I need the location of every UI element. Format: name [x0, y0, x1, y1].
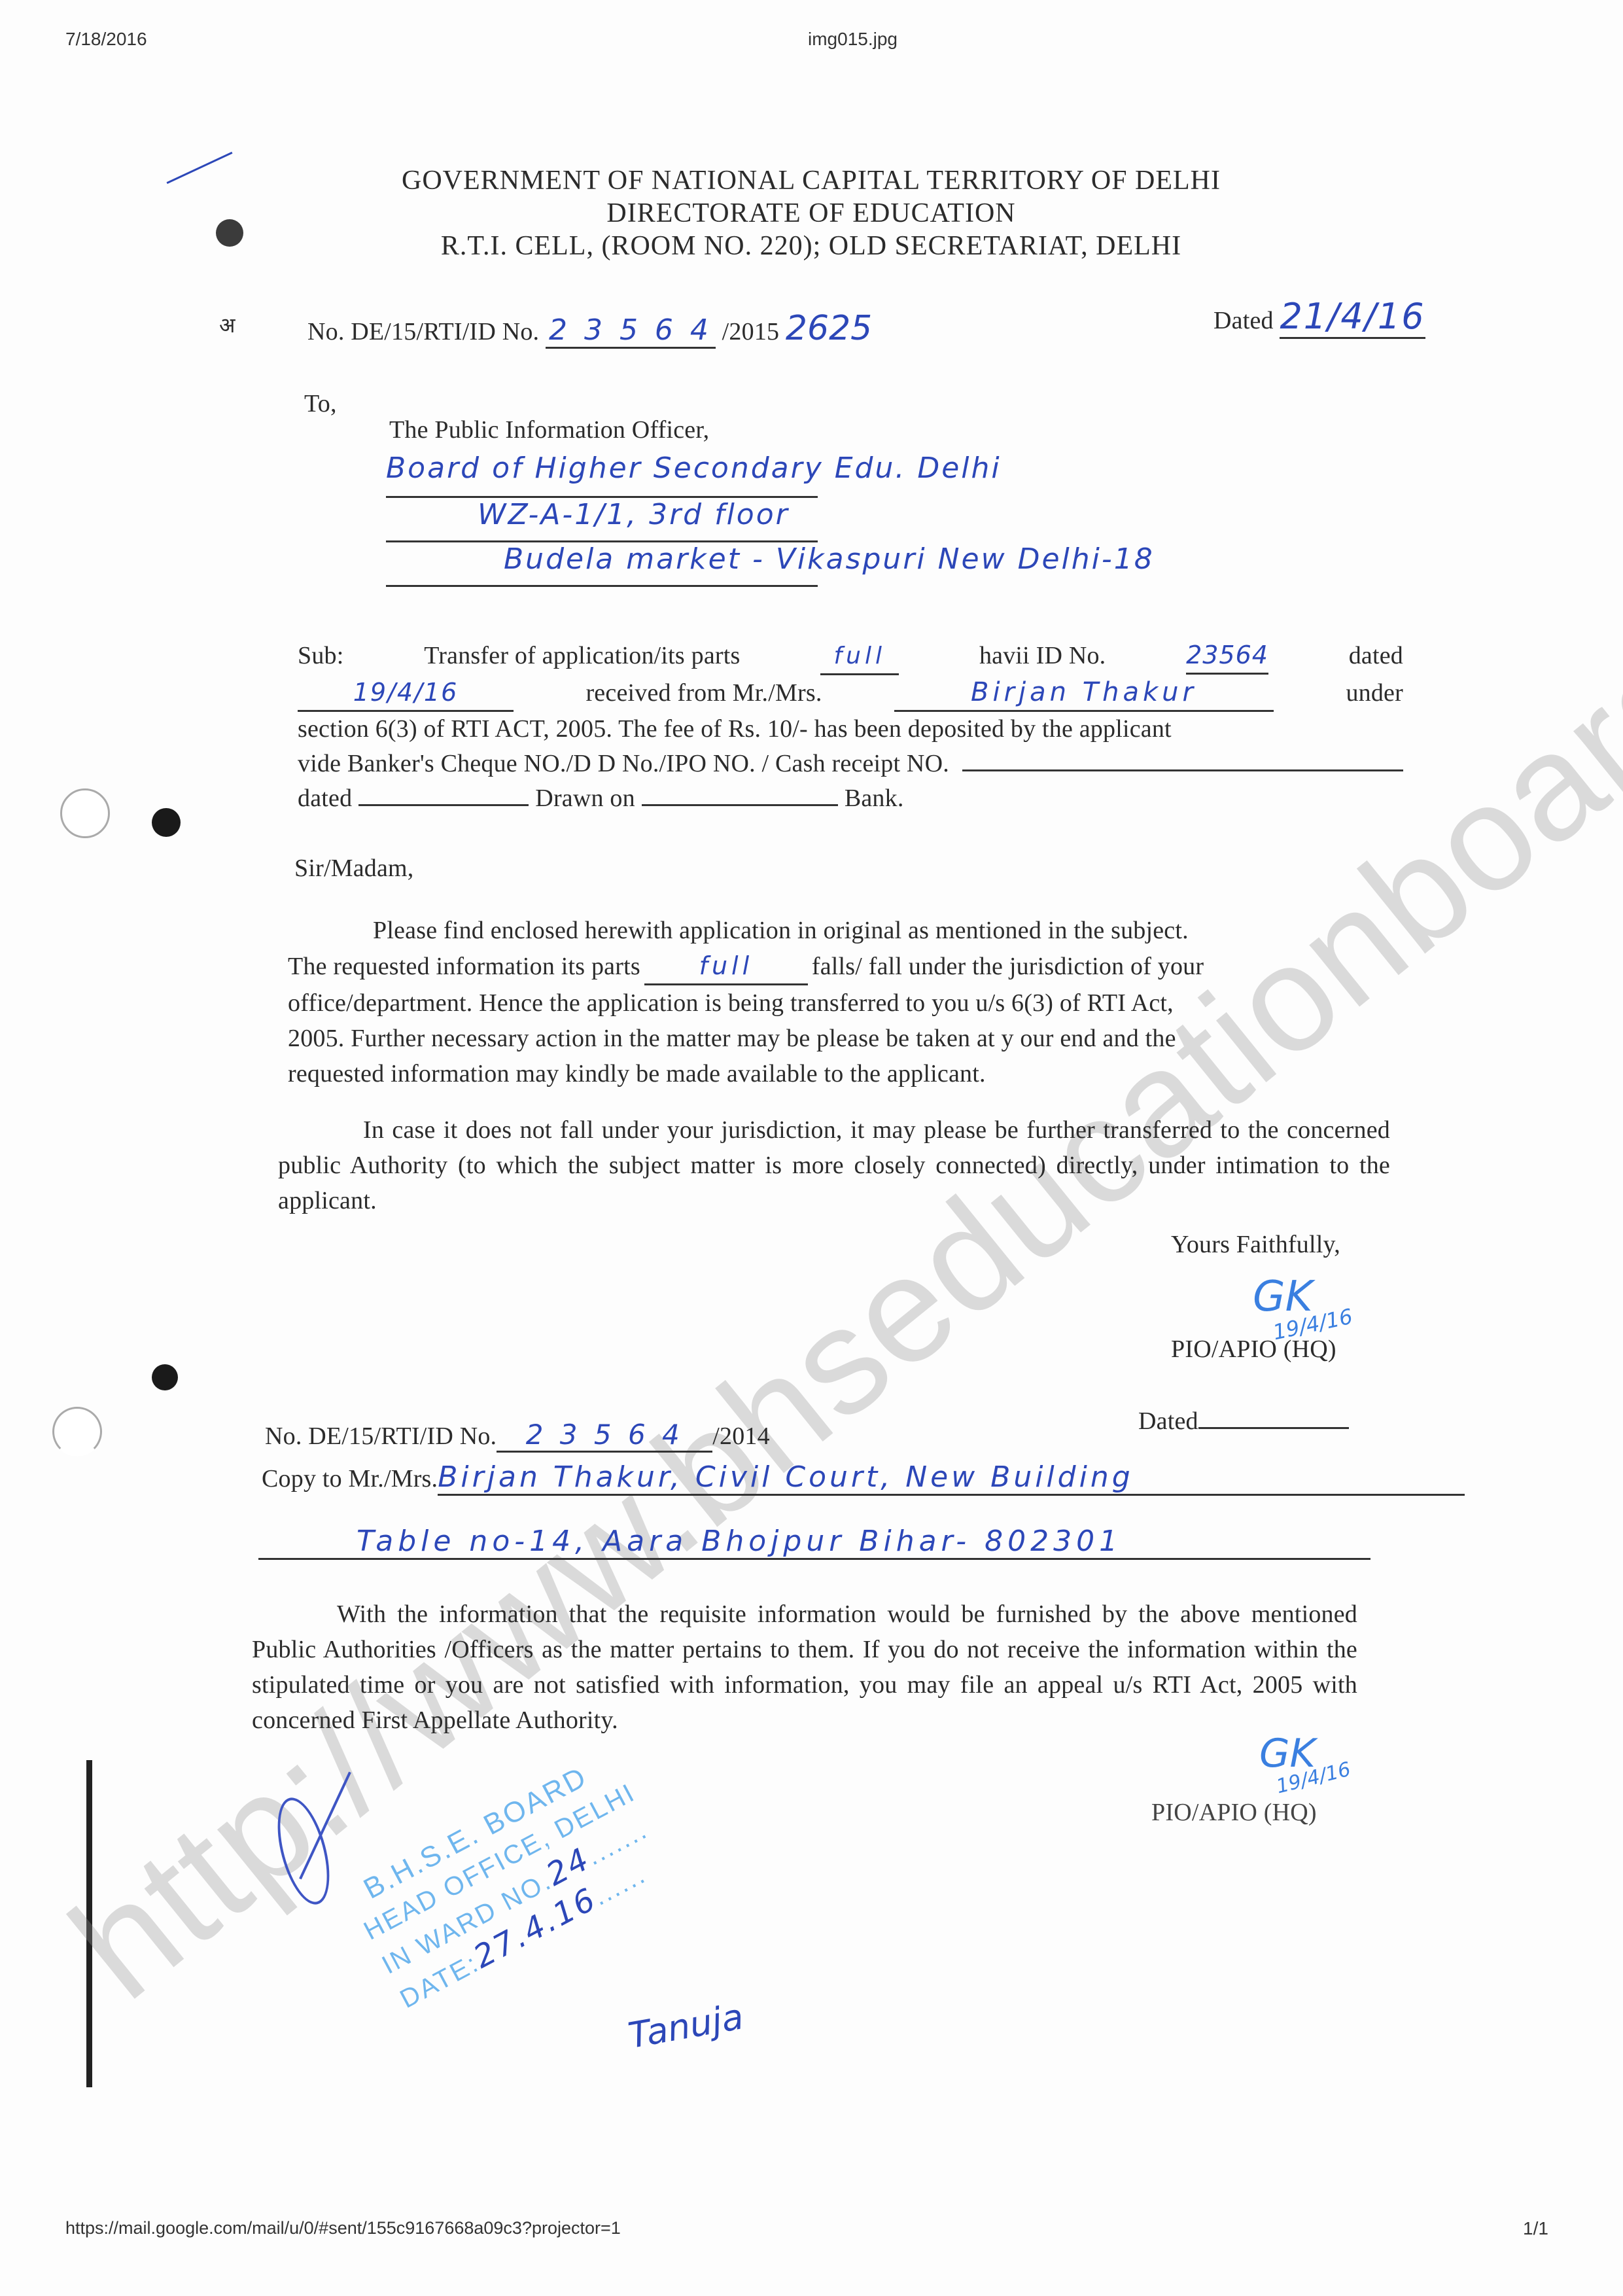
address-line: Budela market - Vikaspuri New Delhi-18	[386, 542, 818, 587]
punch-hole	[52, 1407, 102, 1457]
punch-mark	[216, 219, 243, 247]
copy-paragraph: With the information that the requisite …	[252, 1597, 1357, 1738]
copy-designation: PIO/APIO (HQ)	[1151, 1798, 1317, 1827]
subject-parts: full	[820, 639, 899, 675]
subject-line3: section 6(3) of RTI ACT, 2005. The fee o…	[298, 712, 1403, 747]
copy-reference-year: /2014	[712, 1422, 770, 1450]
applicant-name: Birjan Thakur	[894, 675, 1274, 712]
subject-text: havii ID No.	[979, 639, 1106, 673]
to-label: To,	[304, 389, 337, 418]
copy-reference-id: 2 3 5 6 4	[497, 1419, 712, 1453]
initials-scribble	[268, 1792, 339, 1910]
dated-blank	[358, 804, 529, 806]
letterhead-line2: DIRECTORATE OF EDUCATION	[321, 198, 1302, 229]
reference-id: 2 3 5 6 4	[546, 313, 716, 349]
letterhead-line3: R.T.I. CELL, (ROOM NO. 220); OLD SECRETA…	[321, 230, 1302, 262]
copy-reference-line: No. DE/15/RTI/ID No.2 3 5 6 4/2014	[265, 1419, 770, 1453]
copy-dated-field: Dated	[1138, 1407, 1349, 1436]
drawn-on-label: Drawn on	[535, 781, 635, 816]
punch-mark	[152, 808, 181, 837]
page-number: 1/1	[1523, 2218, 1548, 2239]
reference-year: /2015	[722, 318, 780, 345]
body-line: Please find enclosed herewith applicatio…	[288, 913, 1400, 948]
receiver-signature: Tanuja	[625, 1996, 746, 2057]
bank-blank	[642, 804, 838, 806]
receipt-no-blank	[962, 769, 1403, 771]
body-paragraph-2: In case it does not fall under your juri…	[278, 1112, 1390, 1218]
copy-dated-label: Dated	[1138, 1407, 1198, 1435]
subject-text: Transfer of application/its parts	[424, 639, 740, 673]
copy-address-line1: Birjan Thakur, Civil Court, New Building	[438, 1460, 1465, 1496]
copy-dated-blank	[1198, 1427, 1349, 1429]
dated-label: Dated	[1213, 307, 1274, 334]
closing-designation: PIO/APIO (HQ)	[1171, 1335, 1336, 1364]
subject-line4: vide Banker's Cheque NO./D D No./IPO NO.…	[298, 747, 949, 781]
subject-text: under	[1346, 676, 1403, 711]
dated-blank-label: dated	[298, 781, 352, 816]
dispatch-number: 2625	[786, 309, 872, 348]
hindi-mark: अ	[219, 311, 236, 339]
print-url: https://mail.google.com/mail/u/0/#sent/1…	[65, 2218, 621, 2238]
body-paragraph-1: Please find enclosed herewith applicatio…	[288, 913, 1400, 1091]
copy-address-line2: Table no-14, Aara Bhojpur Bihar- 802301	[258, 1525, 1370, 1560]
body-line: 2005. Further necessary action in the ma…	[288, 1021, 1400, 1056]
reference-label: No. DE/15/RTI/ID No.	[307, 318, 539, 345]
address-line: WZ-A-1/1, 3rd floor	[386, 498, 818, 542]
print-date: 7/18/2016	[65, 29, 147, 50]
address-line: Board of Higher Secondary Edu. Delhi	[386, 451, 818, 498]
body-line: requested information may kindly be made…	[288, 1056, 1400, 1091]
dated-field: Dated 21/4/16	[1213, 296, 1425, 339]
dated-value: 21/4/16	[1280, 296, 1425, 339]
subject-id: 23564	[1186, 638, 1268, 675]
body-text: The requested information its parts	[288, 949, 640, 984]
body-line: office/department. Hence the application…	[288, 985, 1400, 1021]
subject-date: 19/4/16	[298, 675, 514, 712]
copy-reference-label: No. DE/15/RTI/ID No.	[265, 1422, 497, 1450]
body-text: falls/ fall under the jurisdiction of yo…	[812, 949, 1204, 984]
pen-stroke	[167, 152, 233, 184]
bank-label: Bank.	[845, 781, 904, 816]
body-line: The requested information its parts full…	[288, 948, 1400, 985]
print-filename: img015.jpg	[808, 29, 898, 50]
subject-label: Sub:	[298, 639, 344, 673]
body-parts: full	[644, 948, 808, 985]
closing-yours: Yours Faithfully,	[1171, 1230, 1340, 1259]
addressee-address: Board of Higher Secondary Edu. Delhi WZ-…	[386, 451, 1236, 587]
punch-mark	[152, 1364, 178, 1390]
salutation: Sir/Madam,	[294, 854, 413, 883]
reference-line: No. DE/15/RTI/ID No. 2 3 5 6 4 /2015 262…	[307, 309, 872, 349]
copy-to-line: Copy to Mr./Mrs. Birjan Thakur, Civil Co…	[262, 1460, 1465, 1496]
inward-stamp: B.H.S.E. BOARD HEAD OFFICE, DELHI IN WAR…	[340, 1742, 678, 2017]
punch-hole	[60, 788, 110, 838]
copy-to-label: Copy to Mr./Mrs.	[262, 1464, 438, 1493]
subject-text: dated	[1349, 639, 1403, 673]
subject-block: Sub: Transfer of application/its parts f…	[298, 638, 1403, 816]
scan-edge-bar	[86, 1760, 92, 2087]
letterhead-line1: GOVERNMENT OF NATIONAL CAPITAL TERRITORY…	[321, 165, 1302, 196]
addressee-officer: The Public Information Officer,	[389, 415, 709, 444]
subject-text: received from Mr./Mrs.	[585, 676, 822, 711]
